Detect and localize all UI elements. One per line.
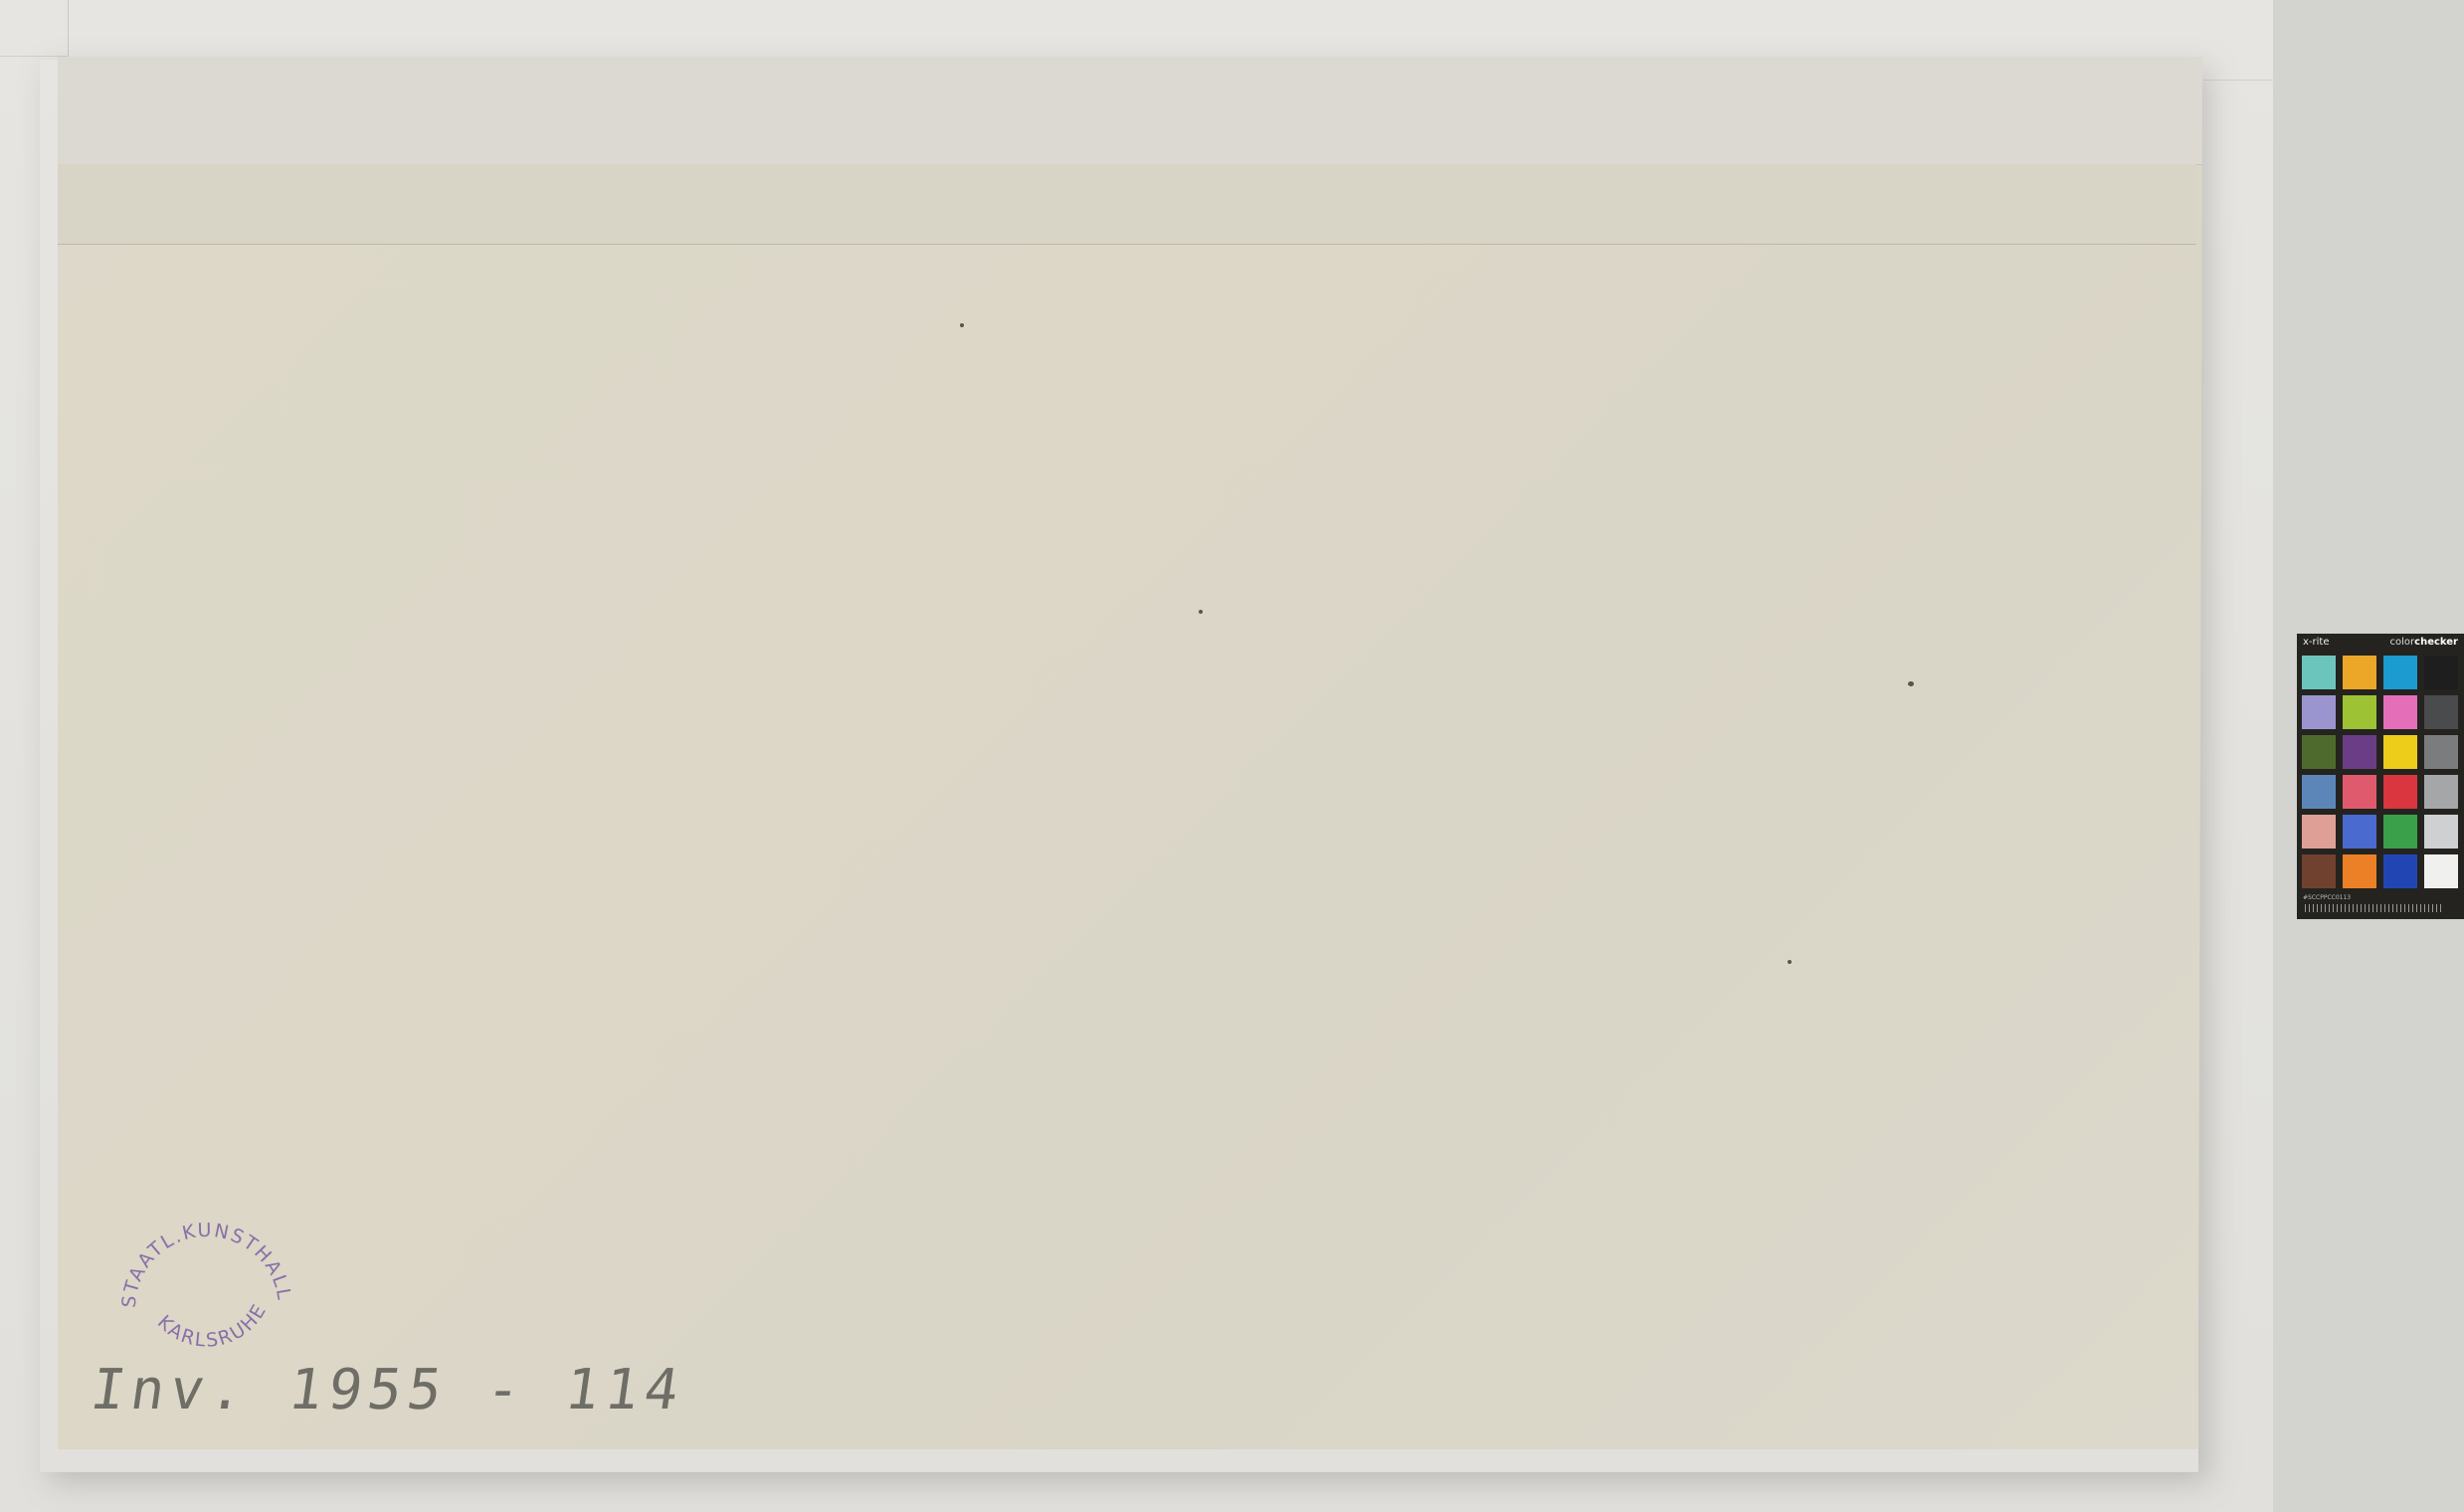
color-swatch — [2343, 815, 2376, 849]
color-swatch — [2302, 775, 2336, 809]
color-swatch — [2302, 735, 2336, 769]
color-swatch — [2343, 695, 2376, 729]
hinge-tape-upper — [58, 57, 2202, 165]
color-swatch — [2343, 735, 2376, 769]
color-swatch — [2424, 656, 2458, 689]
color-swatch — [2383, 735, 2417, 769]
color-swatch — [2383, 854, 2417, 888]
colorchecker-title: colorchecker — [2390, 637, 2458, 648]
color-swatch — [2343, 656, 2376, 689]
mount-edge-line — [68, 0, 69, 58]
color-swatch — [2383, 775, 2417, 809]
color-swatch — [2343, 854, 2376, 888]
paper-speck — [1199, 610, 1203, 614]
color-swatch — [2383, 656, 2417, 689]
color-swatch — [2424, 695, 2458, 729]
stamp-bottom-text: KARLSRUHE — [153, 1299, 272, 1351]
color-swatch — [2302, 695, 2336, 729]
paper-speck — [1908, 681, 1914, 686]
xrite-logo: x-rite — [2303, 637, 2330, 648]
color-swatch — [2383, 815, 2417, 849]
color-swatch — [2424, 775, 2458, 809]
paper-sheet — [58, 57, 2202, 1449]
color-swatch — [2383, 695, 2417, 729]
inventory-number: Inv. 1955 - 114 — [87, 1358, 688, 1422]
museum-stamp: STAATL.KUNSTHALLE KARLSRUHE — [107, 1189, 306, 1368]
color-swatch — [2424, 815, 2458, 849]
paper-speck — [1788, 960, 1792, 964]
paper-speck — [960, 323, 964, 327]
stamp-top-text: STAATL.KUNSTHALLE — [107, 1189, 295, 1309]
color-swatch — [2343, 775, 2376, 809]
mount-edge-line — [2203, 80, 2273, 81]
svg-text:STAATL.KUNSTHALLE: STAATL.KUNSTHALLE — [107, 1189, 295, 1309]
color-swatch — [2302, 854, 2336, 888]
color-swatch — [2424, 735, 2458, 769]
color-swatch — [2302, 815, 2336, 849]
color-checker-card: x-rite colorchecker #SCCPPCC0113 — [2297, 634, 2464, 919]
checker-code: #SCCPPCC0113 — [2303, 894, 2351, 901]
svg-text:KARLSRUHE: KARLSRUHE — [153, 1299, 272, 1351]
color-swatch-grid — [2302, 656, 2458, 888]
color-swatch — [2424, 854, 2458, 888]
checker-ruler — [2305, 904, 2444, 912]
hinge-tape-lower — [58, 164, 2196, 245]
color-swatch — [2302, 656, 2336, 689]
